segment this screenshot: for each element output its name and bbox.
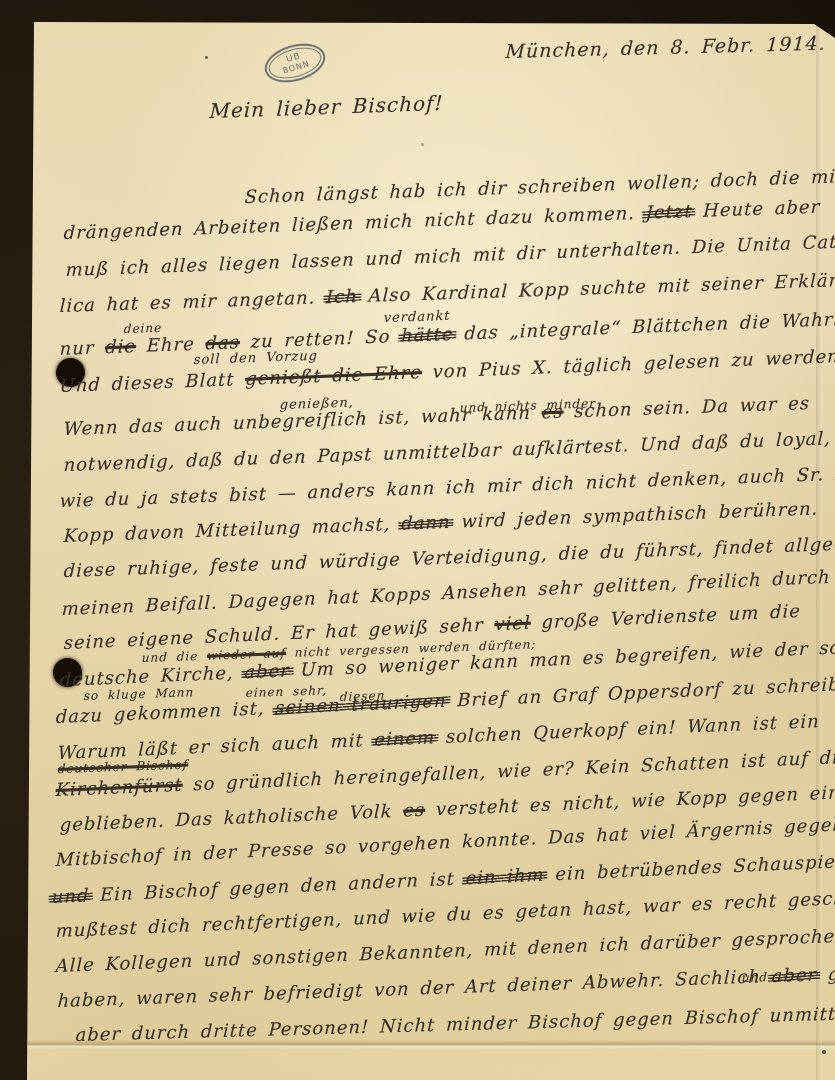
struck-text: Kirchenfürst bbox=[55, 775, 183, 801]
scanned-letter-page: UB BONN München, den 8. Febr. 1914. Mein… bbox=[0, 0, 835, 1080]
paper: UB BONN München, den 8. Febr. 1914. Mein… bbox=[0, 0, 835, 1080]
handwritten-text: wird jeden sympathisch berühren. bbox=[450, 498, 818, 533]
paper-speck bbox=[205, 56, 208, 59]
interlinear-insert: soll den Vorzug bbox=[193, 350, 318, 369]
struck-text: aber bbox=[771, 964, 817, 987]
struck-text: hätte bbox=[401, 324, 454, 347]
struck-text: dann bbox=[401, 512, 451, 535]
struck-text: Ich bbox=[326, 286, 359, 308]
handwritten-text: zu retten! So bbox=[240, 326, 402, 353]
library-stamp: UB BONN bbox=[260, 37, 330, 89]
handwritten-text: und die bbox=[142, 649, 208, 665]
handwritten-text: Und dieses Blatt bbox=[59, 369, 245, 397]
struck-text: Jetzt bbox=[645, 201, 693, 224]
struck-text: es bbox=[541, 402, 564, 424]
paper-speck bbox=[421, 143, 424, 146]
interlinear-insert: deutscher Bischof bbox=[58, 758, 189, 776]
handwritten-text: soll den Vorzug bbox=[194, 349, 319, 368]
handwritten-text: Kopp davon Mitteilung machst, bbox=[63, 514, 401, 547]
handwritten-text: schon sein. Da war es bbox=[563, 393, 810, 423]
struck-text: es bbox=[403, 800, 425, 822]
handwritten-text: Brief an Graf Oppersdorf zu schreiben. bbox=[446, 673, 835, 712]
handwritten-text: Warum läßt er sich auch mit bbox=[57, 730, 374, 764]
stamp-text-top: UB bbox=[285, 52, 302, 65]
handwritten-text: nur bbox=[59, 337, 105, 360]
handwritten-text: das „integrale“ Blättchen die Wahrheit. bbox=[453, 308, 835, 345]
handwritten-text: große Verdienste um die bbox=[530, 601, 801, 634]
interlinear-insert: so kluge Mann bbox=[84, 686, 195, 703]
paper-speck bbox=[822, 1050, 826, 1054]
handwritten-text: geblieben. Das katholische Volk bbox=[59, 801, 403, 836]
handwritten-text: deine bbox=[124, 321, 163, 336]
handwritten-text: haben, waren sehr befriedigt von der Art… bbox=[57, 966, 772, 1012]
handwritten-text: ein betrübendes Schauspiel. Du bbox=[544, 849, 835, 886]
handwritten-text: drängenden Arbeiten ließen mich nicht da… bbox=[63, 203, 646, 244]
handwritten-text: so kluge Mann bbox=[84, 685, 195, 703]
handwritten-text: Ein Bischof gegen den andern ist bbox=[89, 868, 466, 906]
interlinear-insert: deine bbox=[124, 322, 163, 337]
struck-text: aber bbox=[244, 660, 290, 683]
struck-text: ein ihm bbox=[465, 865, 545, 890]
struck-text: einem bbox=[374, 727, 435, 751]
handwritten-text: Heute aber bbox=[692, 197, 820, 222]
handwritten-text: lica hat es mir angetan. bbox=[59, 287, 326, 317]
handwritten-text: versteht es nicht, wie Kopp gegen einen bbox=[425, 781, 835, 820]
struck-text: und bbox=[52, 885, 90, 908]
struck-text: genießt die Ehre bbox=[245, 362, 422, 390]
paper-below-fold bbox=[0, 1046, 835, 1080]
salutation: Mein lieber Bischof! bbox=[209, 92, 444, 122]
stamp-text-bottom: BONN bbox=[282, 59, 311, 75]
handwritten-text: Also Kardinal Kopp suchte mit seiner Erk… bbox=[357, 269, 835, 307]
struck-text: viel bbox=[494, 613, 531, 636]
struck-text: die bbox=[105, 336, 137, 358]
dateline: München, den 8. Febr. 1914. bbox=[505, 34, 826, 63]
handwritten-text: solchen Querkopf ein! Wann ist ein bbox=[435, 711, 820, 748]
handwritten-text: von Pius X. täglich gelesen zu werden! bbox=[422, 346, 835, 383]
